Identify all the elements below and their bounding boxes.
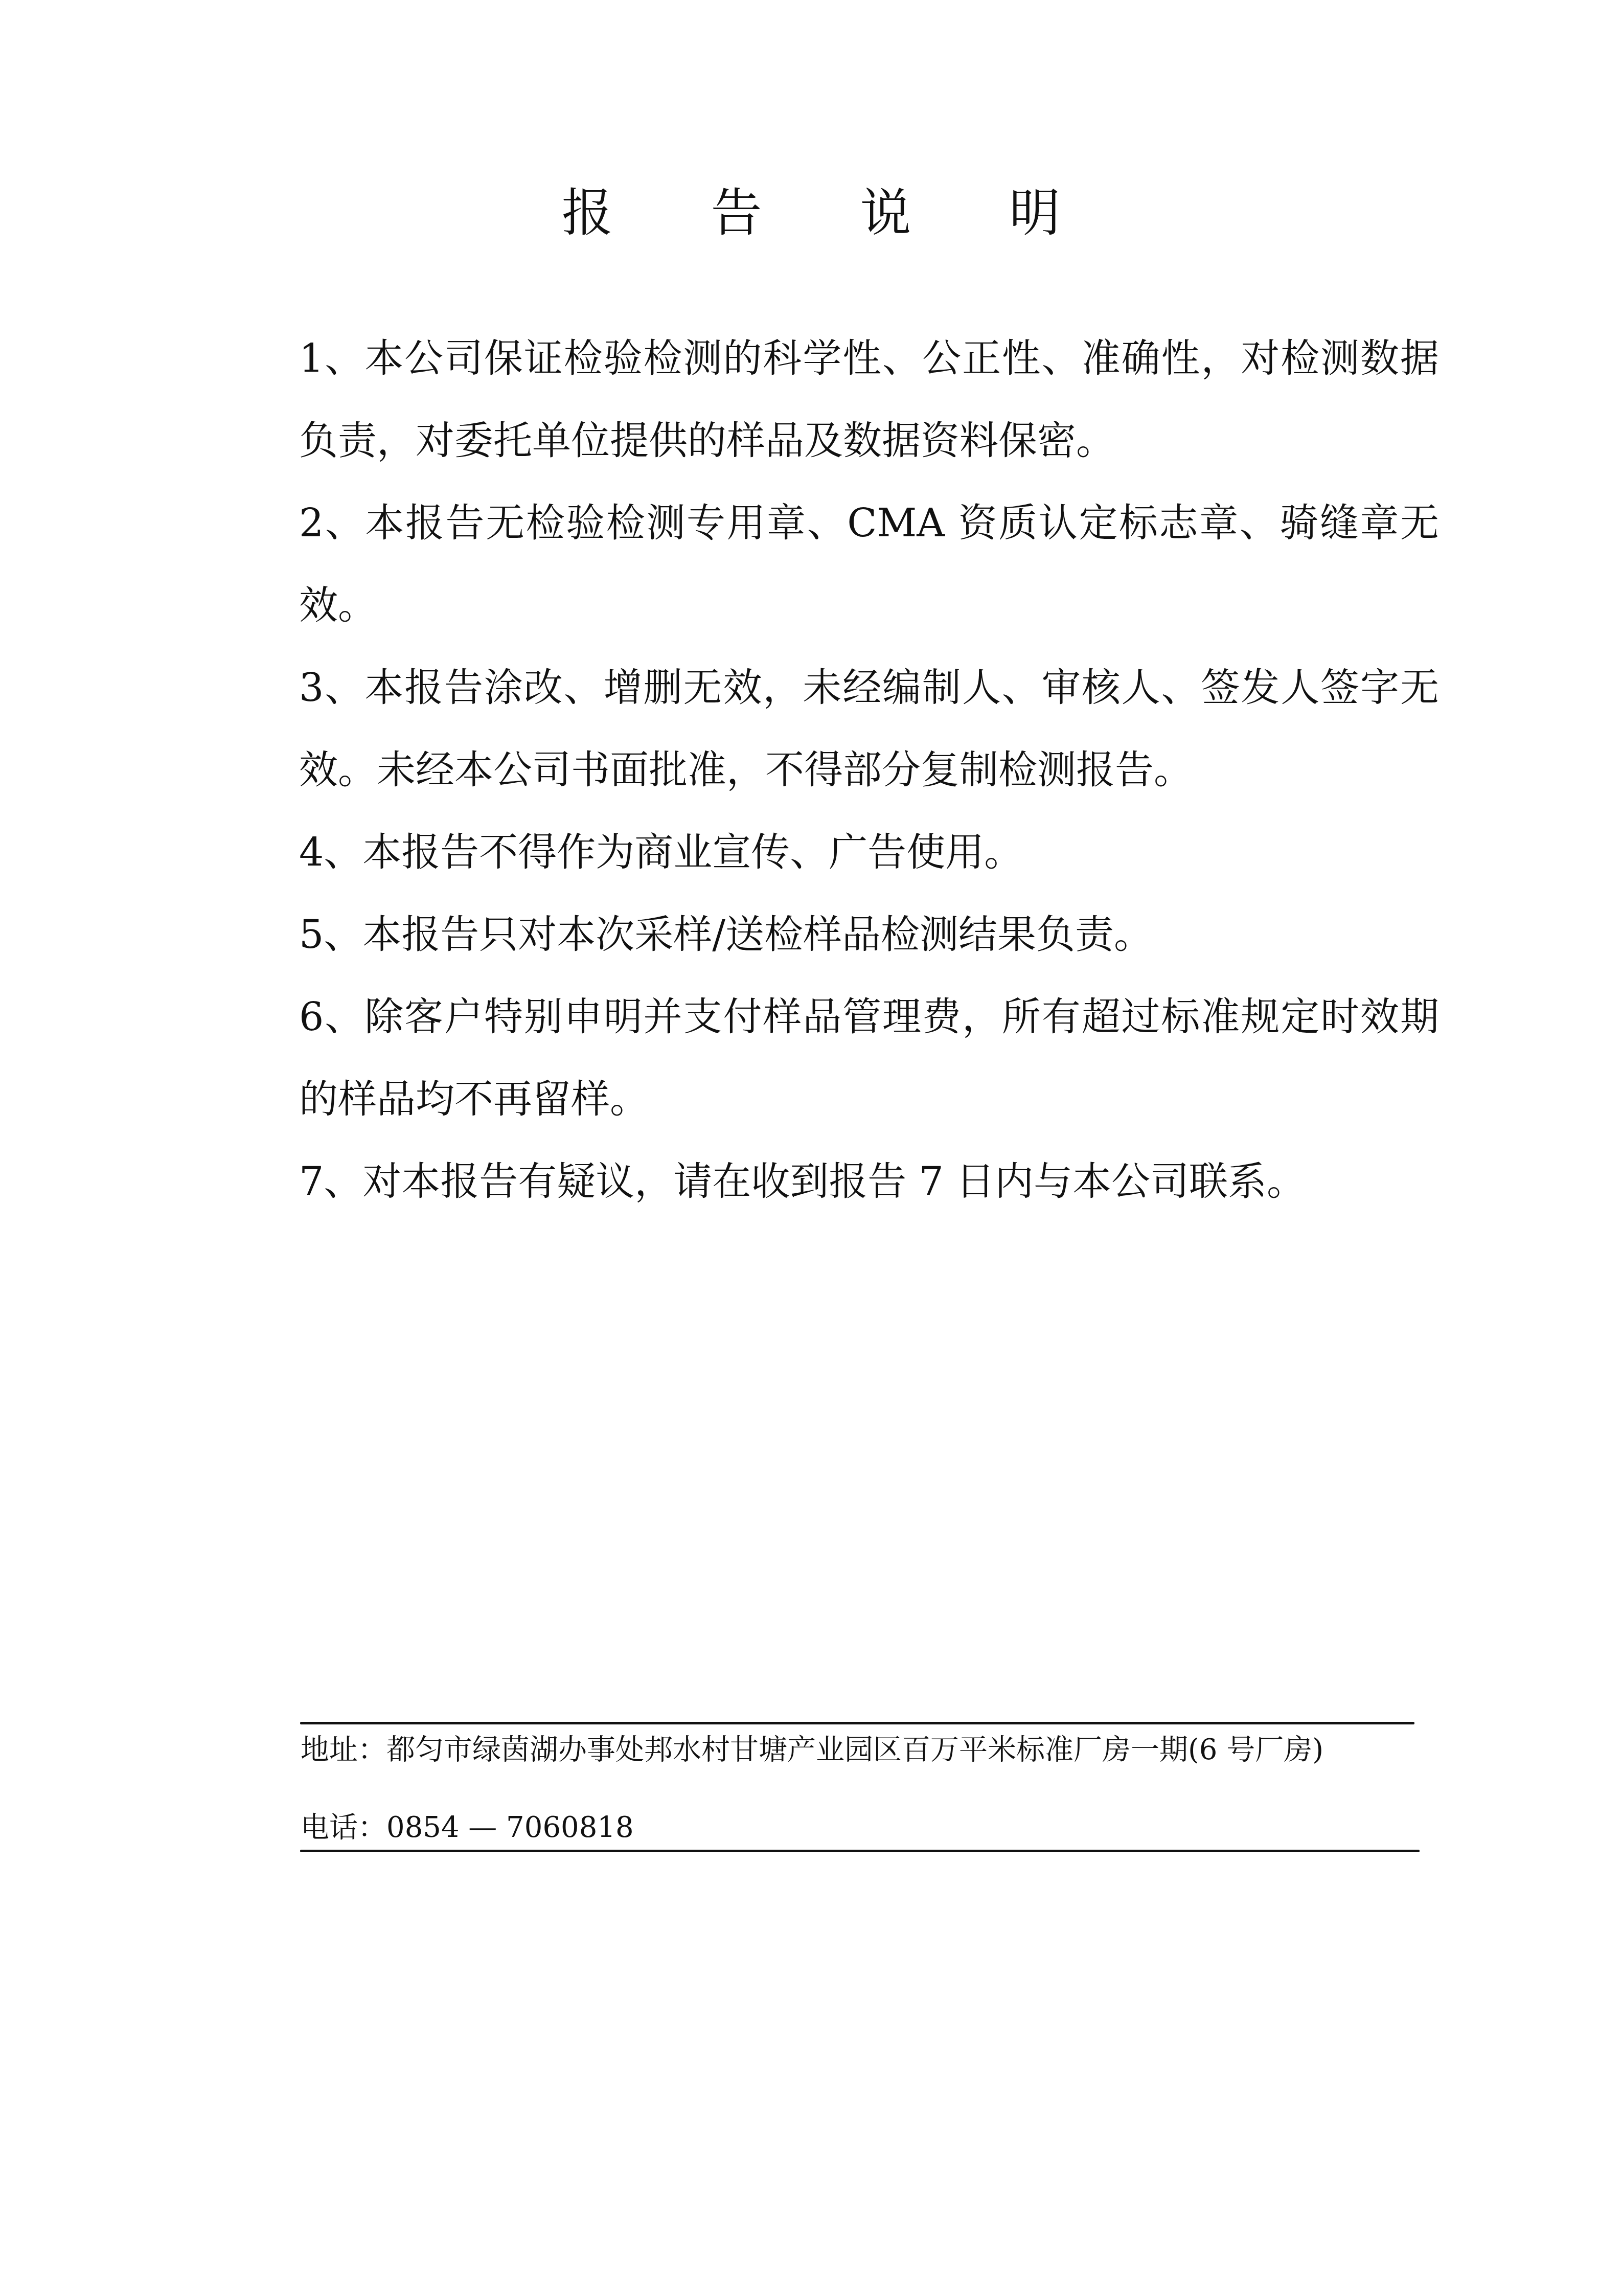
note-item-5: 5、本报告只对本次采样/送检样品检测结果负责。 (299, 893, 1439, 975)
address-label: 地址： (301, 1733, 386, 1766)
page-title: 报 告 说 明 (0, 180, 1622, 246)
phone-label: 电话： (301, 1811, 386, 1844)
footer-phone: 电话：0854 — 7060818 (301, 1810, 634, 1846)
note-item-4: 4、本报告不得作为商业宣传、广告使用。 (299, 811, 1439, 893)
note-item-6: 6、除客户特别申明并支付样品管理费，所有超过标准规定时效期的样品均不再留样。 (299, 975, 1439, 1140)
note-item-1: 1、本公司保证检验检测的科学性、公正性、准确性，对检测数据负责，对委托单位提供的… (299, 317, 1439, 482)
address-value: 都匀市绿茵湖办事处邦水村甘塘产业园区百万平米标准厂房一期(6 号厂房) (386, 1733, 1323, 1766)
footer-divider-bottom (300, 1850, 1420, 1852)
notes-list: 1、本公司保证检验检测的科学性、公正性、准确性，对检测数据负责，对委托单位提供的… (299, 317, 1439, 1222)
note-item-7: 7、对本报告有疑议，请在收到报告 7 日内与本公司联系。 (299, 1140, 1439, 1222)
footer-divider-top (300, 1722, 1414, 1724)
note-item-2: 2、本报告无检验检测专用章、CMA 资质认定标志章、骑缝章无效。 (299, 482, 1439, 646)
phone-value: 0854 — 7060818 (386, 1811, 634, 1844)
footer-address: 地址：都匀市绿茵湖办事处邦水村甘塘产业园区百万平米标准厂房一期(6 号厂房) (301, 1732, 1323, 1768)
note-item-3: 3、本报告涂改、增删无效，未经编制人、审核人、签发人签字无效。未经本公司书面批准… (299, 646, 1439, 811)
